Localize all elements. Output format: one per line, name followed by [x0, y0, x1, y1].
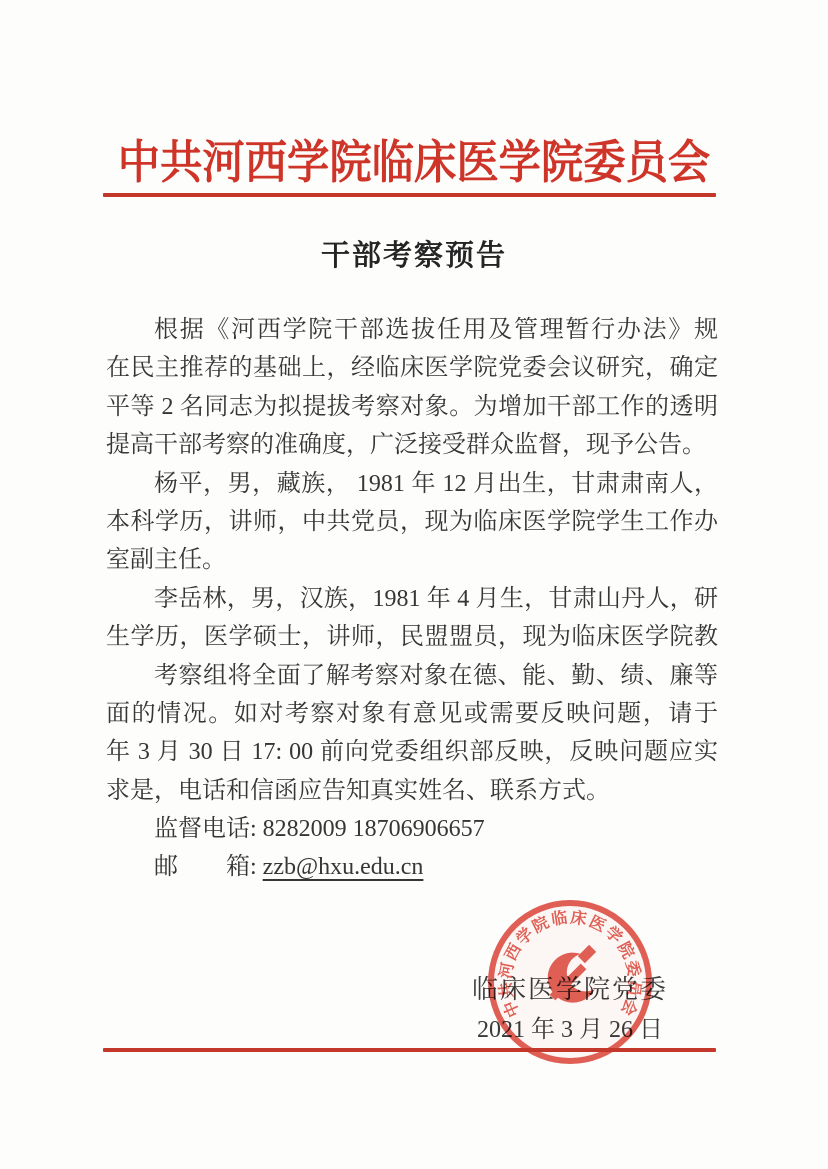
body-line: 面的情况。如对考察对象有意见或需要反映问题，请于 2021 [106, 695, 718, 733]
red-separator-bottom [103, 1048, 716, 1052]
body-line: 根据《河西学院干部选拔任用及管理暂行办法》规定， [106, 311, 718, 349]
body-line: 考察组将全面了解考察对象在德、能、勤、绩、廉等方 [106, 657, 718, 695]
official-seal: 中共河西学院临床医学院委员会 [482, 894, 658, 1070]
body-line: 本科学历，讲师，中共党员，现为临床医学院学生工作办公 [106, 503, 718, 541]
body-line: 监督电话: 8282009 18706906657 [106, 810, 718, 848]
body-text: 根据《河西学院干部选拔任用及管理暂行办法》规定，在民主推荐的基础上，经临床医学院… [106, 311, 718, 887]
body-line: 年 3 月 30 日 17: 00 前向党委组织部反映，反映问题应实事 [106, 733, 718, 771]
doc-title: 干部考察预告 [0, 233, 828, 274]
body-line: 邮 箱: zzb@hxu.edu.cn [106, 848, 718, 886]
body-line: 室副主任。 [106, 541, 718, 579]
body-line: 求是，电话和信函应告知真实姓名、联系方式。 [106, 772, 718, 810]
body-line: 生学历，医学硕士，讲师，民盟盟员，现为临床医学院教师。 [106, 618, 718, 656]
body-line: 提高干部考察的准确度，广泛接受群众监督，现予公告。 [106, 426, 718, 464]
body-line: 在民主推荐的基础上，经临床医学院党委会议研究，确定杨 [106, 349, 718, 387]
body-line: 平等 2 名同志为拟提拔考察对象。为增加干部工作的透明度， [106, 388, 718, 426]
body-line: 李岳林，男，汉族，1981 年 4 月生，甘肃山丹人，研究 [106, 580, 718, 618]
body-line: 杨平，男，藏族， 1981 年 12 月出生，甘肃肃南人， [106, 465, 718, 503]
red-separator-top [103, 193, 716, 197]
org-title: 中共河西学院临床医学院委员会 [33, 126, 795, 192]
document-page: 中共河西学院临床医学院委员会 干部考察预告 根据《河西学院干部选拔任用及管理暂行… [0, 0, 828, 1169]
email-text: zzb@hxu.edu.cn [263, 854, 424, 880]
